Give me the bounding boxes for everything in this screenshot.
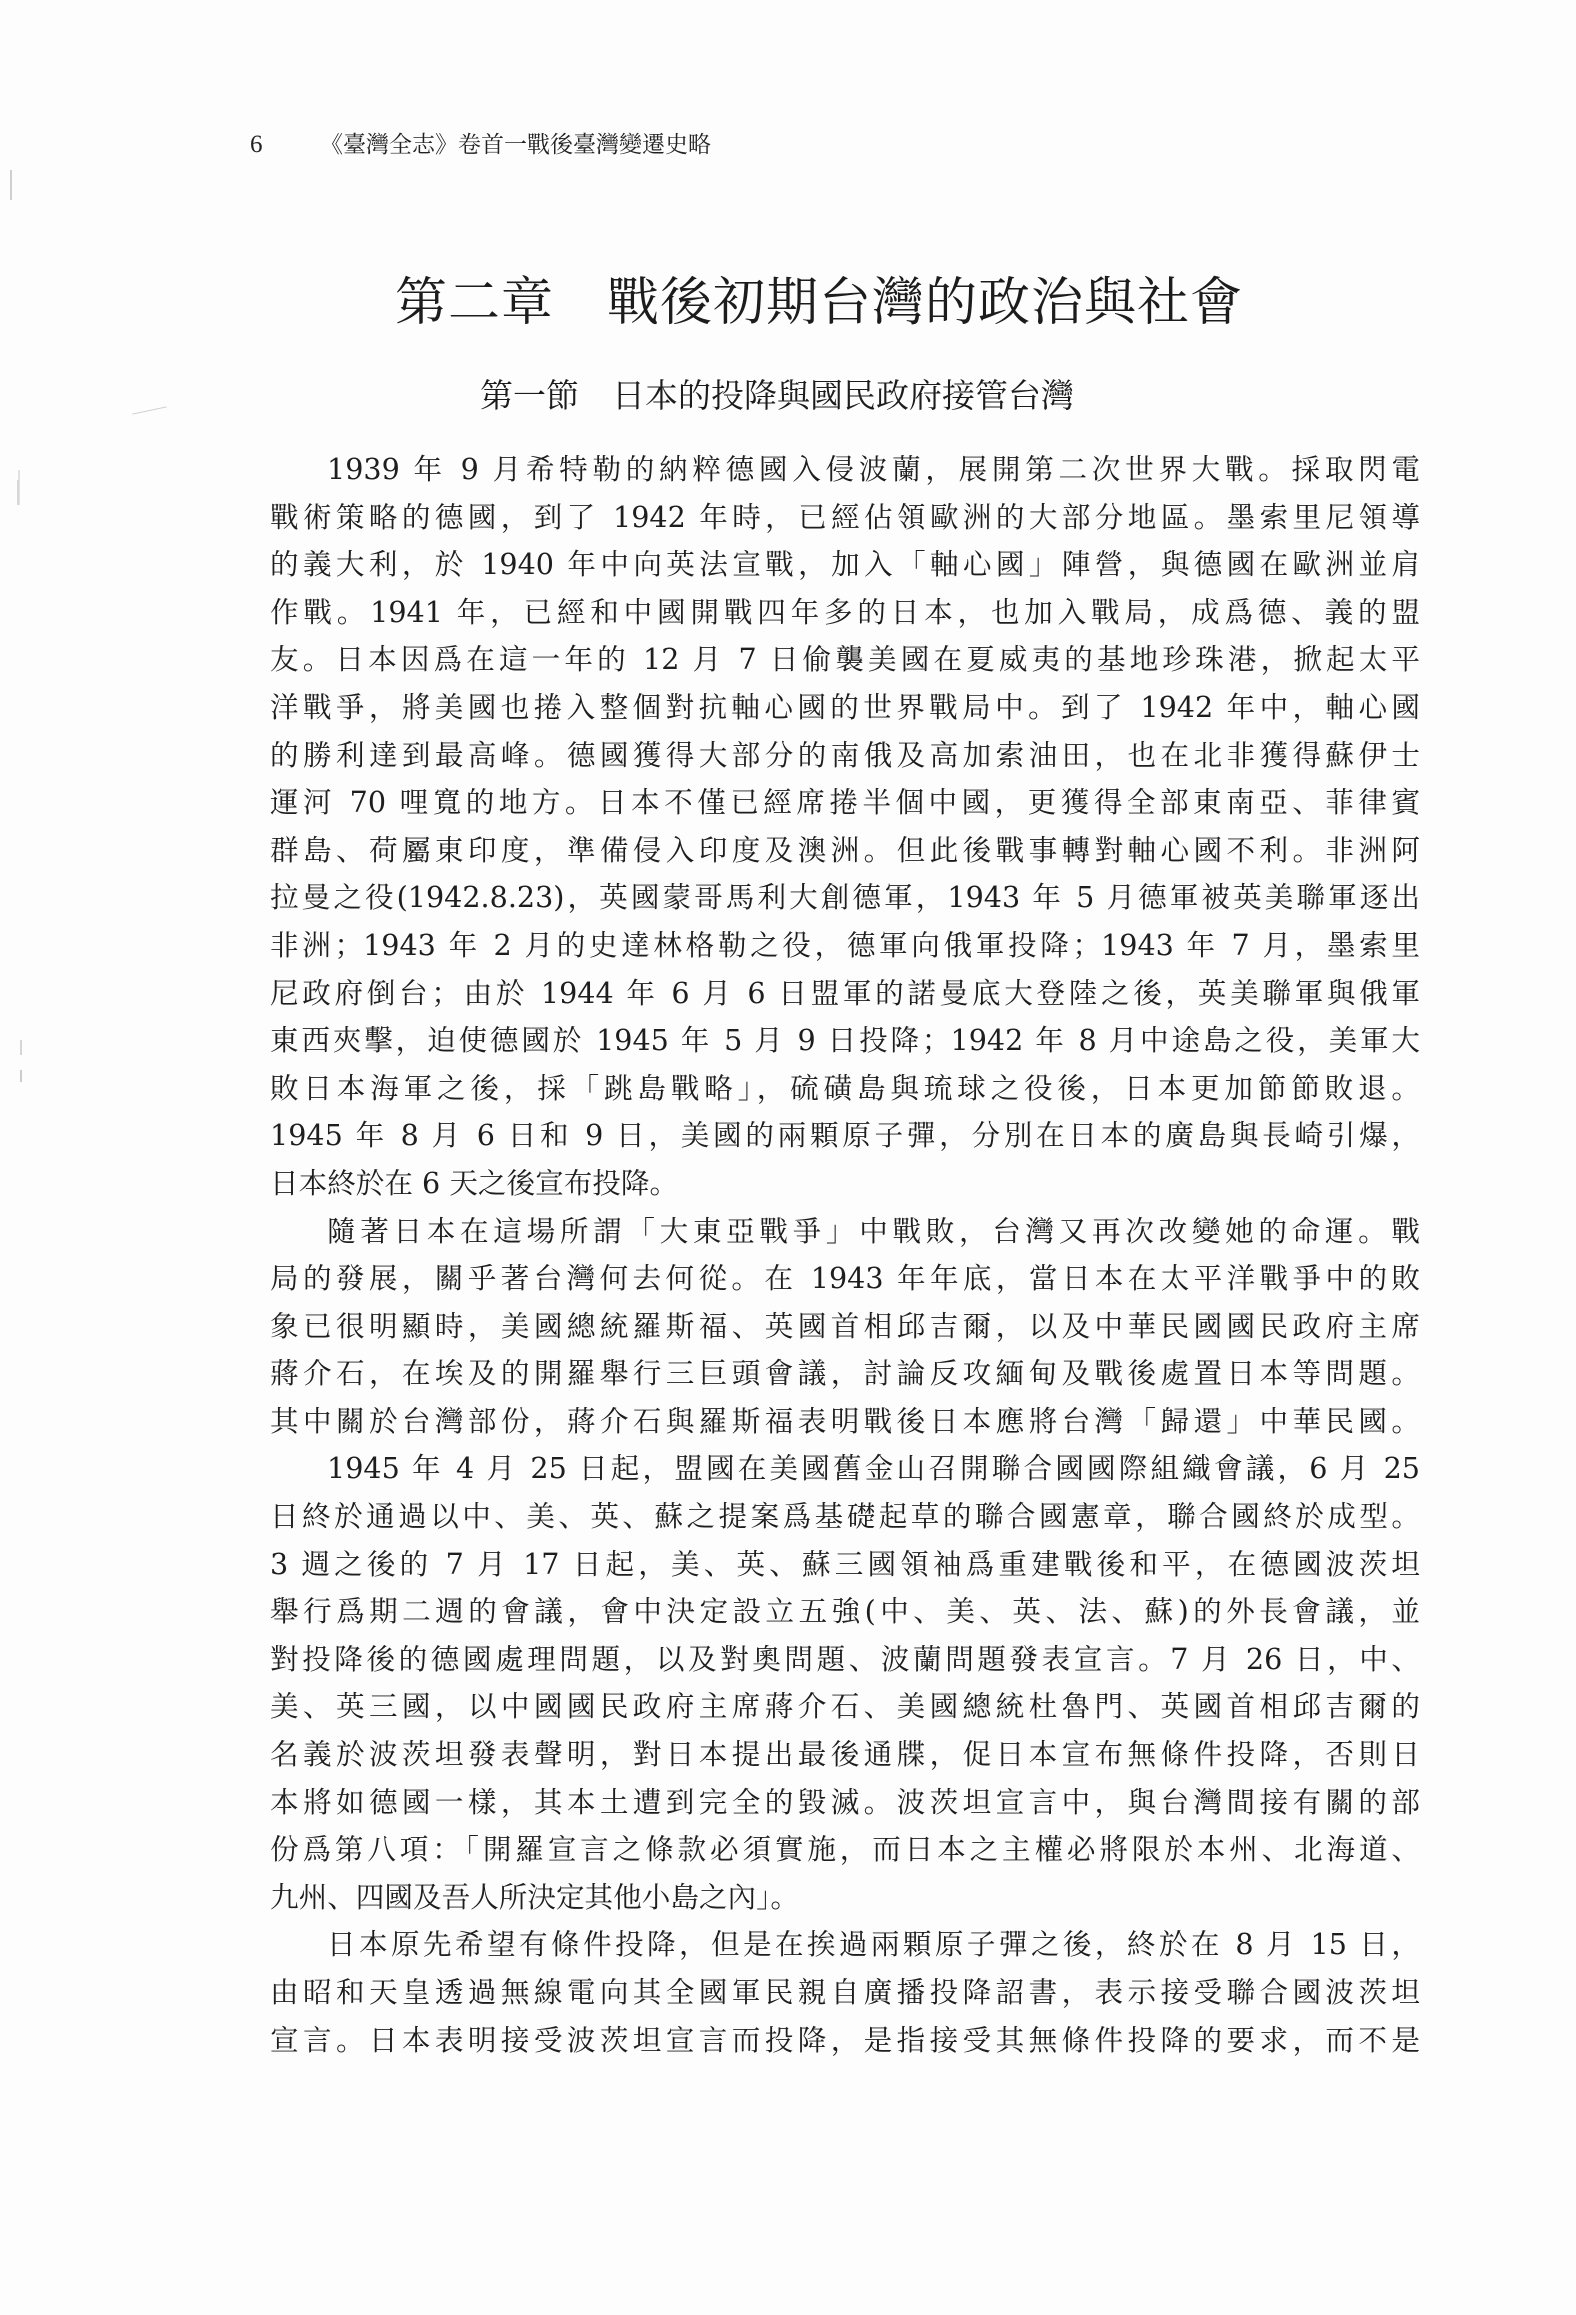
text-line: 尼政府倒台；由於 1944 年 6 月 6 日盟軍的諾曼底大登陸之後，英美聯軍與… xyxy=(270,970,1420,1018)
text-line: 的義大利，於 1940 年中向英法宣戰，加入「軸心國」陣營，與德國在歐洲並肩 xyxy=(270,541,1420,589)
running-header: 6《臺灣全志》卷首一戰後臺灣變遷史略 xyxy=(250,126,711,159)
text-line: 九州、四國及吾人所決定其他小島之內」。 xyxy=(270,1874,1420,1922)
text-line: 洋戰爭，將美國也捲入整個對抗軸心國的世界戰局中。到了 1942 年中，軸心國 xyxy=(270,684,1420,732)
text-line: 美、英三國，以中國國民政府主席蔣介石、美國總統杜魯門、英國首相邱吉爾的 xyxy=(270,1683,1420,1731)
text-line: 對投降後的德國處理問題，以及對奧問題、波蘭問題發表宣言。7 月 26 日，中、 xyxy=(270,1636,1420,1684)
text-line: 1939 年 9 月希特勒的納粹德國入侵波蘭，展開第二次世界大戰。採取閃電 xyxy=(270,446,1420,494)
scan-margin-mark xyxy=(20,1070,22,1082)
text-line: 日本終於在 6 天之後宣布投降。 xyxy=(270,1160,1420,1208)
chapter-title: 第二章 戰後初期台灣的政治與社會 xyxy=(395,260,1243,335)
scan-margin-mark xyxy=(20,1040,22,1055)
text-line: 其中關於台灣部份，蔣介石與羅斯福表明戰後日本應將台灣「歸還」中華民國。 xyxy=(270,1398,1420,1446)
text-line: 作戰。1941 年，已經和中國開戰四年多的日本，也加入戰局，成爲德、義的盟 xyxy=(270,589,1420,637)
text-line: 隨著日本在這場所謂「大東亞戰爭」中戰敗，台灣又再次改變她的命運。戰 xyxy=(270,1208,1420,1256)
paragraph-4: 日本原先希望有條件投降，但是在挨過兩顆原子彈之後，終於在 8 月 15 日， 由… xyxy=(270,1921,1420,2064)
text-line: 敗日本海軍之後，採「跳島戰略」，硫磺島與琉球之役後，日本更加節節敗退。 xyxy=(270,1065,1420,1113)
text-line: 由昭和天皇透過無線電向其全國軍民親自廣播投降詔書，表示接受聯合國波茨坦 xyxy=(270,1969,1420,2017)
text-line: 宣言。日本表明接受波茨坦宣言而投降，是指接受其無條件投降的要求，而不是 xyxy=(270,2017,1420,2065)
text-line: 拉曼之役(1942.8.23)，英國蒙哥馬利大創德軍，1943 年 5 月德軍被… xyxy=(270,874,1420,922)
scan-margin-mark xyxy=(10,170,12,200)
text-line: 運河 70 哩寬的地方。日本不僅已經席捲半個中國，更獲得全部東南亞、菲律賓 xyxy=(270,779,1420,827)
running-title: 《臺灣全志》卷首一戰後臺灣變遷史略 xyxy=(320,132,711,158)
text-line: 戰術策略的德國，到了 1942 年時，已經佔領歐洲的大部分地區。墨索里尼領導 xyxy=(270,494,1420,542)
text-line: 的勝利達到最高峰。德國獲得大部分的南俄及高加索油田，也在北非獲得蘇伊士 xyxy=(270,732,1420,780)
text-line: 群島、荷屬東印度，準備侵入印度及澳洲。但此後戰事轉對軸心國不利。非洲阿 xyxy=(270,827,1420,875)
text-line: 象已很明顯時，美國總統羅斯福、英國首相邱吉爾，以及中華民國國民政府主席 xyxy=(270,1303,1420,1351)
text-line: 友。日本因爲在這一年的 12 月 7 日偷襲美國在夏威夷的基地珍珠港，掀起太平 xyxy=(270,636,1420,684)
text-line: 名義於波茨坦發表聲明，對日本提出最後通牒，促日本宣布無條件投降，否則日 xyxy=(270,1731,1420,1779)
paragraph-2: 隨著日本在這場所謂「大東亞戰爭」中戰敗，台灣又再次改變她的命運。戰 局的發展，關… xyxy=(270,1208,1420,1446)
text-line: 3 週之後的 7 月 17 日起，美、英、蘇三國領袖爲重建戰後和平，在德國波茨坦 xyxy=(270,1541,1420,1589)
book-page: 6《臺灣全志》卷首一戰後臺灣變遷史略 第二章 戰後初期台灣的政治與社會 第一節 … xyxy=(0,0,1576,2315)
text-line: 本將如德國一樣，其本土遭到完全的毀滅。波茨坦宣言中，與台灣間接有關的部 xyxy=(270,1779,1420,1827)
text-line: 非洲；1943 年 2 月的史達林格勒之役，德軍向俄軍投降；1943 年 7 月… xyxy=(270,922,1420,970)
body-text: 1939 年 9 月希特勒的納粹德國入侵波蘭，展開第二次世界大戰。採取閃電 戰術… xyxy=(270,446,1420,2064)
text-line: 蔣介石，在埃及的開羅舉行三巨頭會議，討論反攻緬甸及戰後處置日本等問題。 xyxy=(270,1350,1420,1398)
scan-dust xyxy=(132,406,166,414)
text-line: 1945 年 8 月 6 日和 9 日，美國的兩顆原子彈，分別在日本的廣島與長崎… xyxy=(270,1112,1420,1160)
paragraph-3: 1945 年 4 月 25 日起，盟國在美國舊金山召開聯合國國際組織會議，6 月… xyxy=(270,1445,1420,1921)
text-line: 1945 年 4 月 25 日起，盟國在美國舊金山召開聯合國國際組織會議，6 月… xyxy=(270,1445,1420,1493)
text-line: 日本原先希望有條件投降，但是在挨過兩顆原子彈之後，終於在 8 月 15 日， xyxy=(270,1921,1420,1969)
text-line: 份爲第八項：「開羅宣言之條款必須實施，而日本之主權必將限於本州、北海道、 xyxy=(270,1826,1420,1874)
page-number: 6 xyxy=(250,131,320,159)
text-line: 東西夾擊，迫使德國於 1945 年 5 月 9 日投降；1942 年 8 月中途… xyxy=(270,1017,1420,1065)
section-title: 第一節 日本的投降與國民政府接管台灣 xyxy=(480,370,1074,417)
text-line: 舉行爲期二週的會議，會中決定設立五強(中、美、英、法、蘇)的外長會議，並 xyxy=(270,1588,1420,1636)
scan-margin-mark xyxy=(17,480,19,505)
paragraph-1: 1939 年 9 月希特勒的納粹德國入侵波蘭，展開第二次世界大戰。採取閃電 戰術… xyxy=(270,446,1420,1208)
text-line: 日終於通過以中、美、英、蘇之提案爲基礎起草的聯合國憲章，聯合國終於成型。 xyxy=(270,1493,1420,1541)
text-line: 局的發展，關乎著台灣何去何從。在 1943 年年底，當日本在太平洋戰爭中的敗 xyxy=(270,1255,1420,1303)
